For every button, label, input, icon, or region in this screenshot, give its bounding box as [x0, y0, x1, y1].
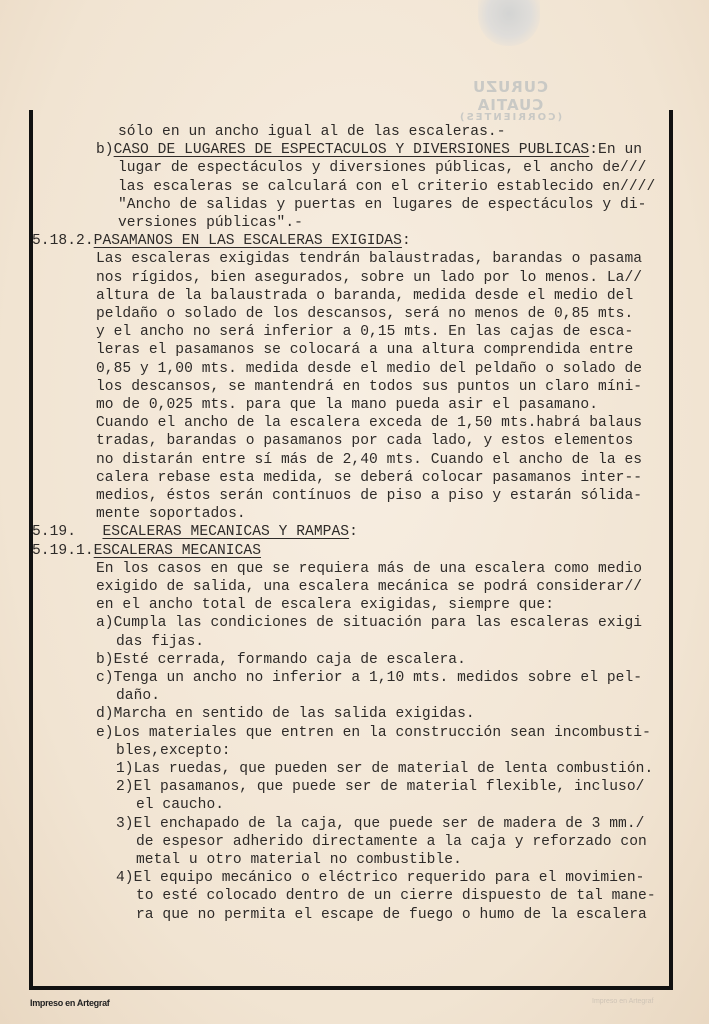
line-text: lugar de espectáculos y diversiones públ… [118, 160, 646, 176]
line-text: el caucho. [136, 797, 224, 813]
text-line: 2)El pasamanos, que puede ser de materia… [116, 778, 644, 796]
line-text: calera rebase esta medida, se deberá col… [96, 470, 642, 486]
line-text: sólo en un ancho igual al de las escaler… [118, 124, 506, 140]
text-line: "Ancho de salidas y puertas en lugares d… [118, 196, 646, 214]
text-line: Las escaleras exigidas tendrán balaustra… [96, 250, 642, 268]
line-text: :En un [589, 142, 642, 158]
text-line: to esté colocado dentro de un cierre dis… [136, 887, 656, 905]
text-line: 3)El enchapado de la caja, que puede ser… [116, 815, 644, 833]
line-text: : [402, 233, 411, 249]
text-line: 4)El equipo mecánico o eléctrico requeri… [116, 869, 644, 887]
line-text: das fijas. [116, 634, 204, 650]
section-heading-line: 5.19. ESCALERAS MECANICAS Y RAMPAS: [32, 523, 358, 541]
text-line: a)Cumpla las condiciones de situación pa… [96, 614, 642, 632]
text-line: altura de la balaustrada o baranda, medi… [96, 287, 633, 305]
line-text: 2)El pasamanos, que puede ser de materia… [116, 779, 644, 795]
text-line: exigido de salida, una escalera mecánica… [96, 578, 642, 596]
text-line: tradas, barandas o pasamanos por cada la… [96, 432, 633, 450]
text-line: mo de 0,025 mts. para que la mano pueda … [96, 396, 598, 414]
text-line: Cuando el ancho de la escalera exceda de… [96, 414, 642, 432]
line-text: 0,85 y 1,00 mts. medida desde el medio d… [96, 361, 642, 377]
section-heading-line: b)CASO DE LUGARES DE ESPECTACULOS Y DIVE… [96, 141, 642, 159]
line-text: tradas, barandas o pasamanos por cada la… [96, 433, 633, 449]
line-text: mente soportados. [96, 506, 246, 522]
line-text: exigido de salida, una escalera mecánica… [96, 579, 642, 595]
text-line: 0,85 y 1,00 mts. medida desde el medio d… [96, 360, 642, 378]
line-text: los descansos, se mantendrá en todos sus… [96, 379, 642, 395]
section-heading-line: 5.18.2.PASAMANOS EN LAS ESCALERAS EXIGID… [32, 232, 411, 250]
text-line: peldaño o solado de los descansos, será … [96, 305, 633, 323]
section-number: 5.19. [32, 524, 102, 540]
line-text: metal u otro material no combustible. [136, 852, 462, 868]
text-line: e)Los materiales que entren en la constr… [96, 724, 651, 742]
printer-credit-faded: Impreso en Artegraf [592, 998, 653, 1005]
line-text: versiones públicas".- [118, 215, 303, 231]
text-line: sólo en un ancho igual al de las escaler… [118, 123, 506, 141]
text-line: d)Marcha en sentido de las salida exigid… [96, 705, 475, 723]
document-page: CURUZU CUATIA (CORRIENTES) sólo en un an… [0, 0, 709, 1024]
line-text: leras el pasamanos se colocará a una alt… [96, 342, 633, 358]
text-line: el caucho. [136, 796, 224, 814]
text-line: metal u otro material no combustible. [136, 851, 462, 869]
text-line: en el ancho total de escalera exigidas, … [96, 596, 554, 614]
section-number: 5.19.1. [32, 543, 94, 559]
line-text: daño. [116, 688, 160, 704]
stamp-line-1: CURUZU CUATIA [440, 78, 580, 114]
line-text: Cuando el ancho de la escalera exceda de… [96, 415, 642, 431]
text-line: leras el pasamanos se colocará a una alt… [96, 341, 633, 359]
seal-emblem-icon [478, 0, 540, 46]
text-line: calera rebase esta medida, se deberá col… [96, 469, 642, 487]
line-text: d)Marcha en sentido de las salida exigid… [96, 706, 475, 722]
section-title: ESCALERAS MECANICAS [94, 543, 261, 559]
text-line: bles,excepto: [116, 742, 231, 760]
line-text: b)Esté cerrada, formando caja de escaler… [96, 652, 466, 668]
text-line: c)Tenga un ancho no inferior a 1,10 mts.… [96, 669, 642, 687]
line-text: e)Los materiales que entren en la constr… [96, 725, 651, 741]
text-line: nos rígidos, bien asegurados, sobre un l… [96, 269, 642, 287]
text-line: y el ancho no será inferior a 0,15 mts. … [96, 323, 633, 341]
printer-credit: Impreso en Artegraf [30, 998, 110, 1008]
section-number: 5.18.2. [32, 233, 94, 249]
line-text: las escaleras se calculará con el criter… [118, 179, 655, 195]
text-line: b)Esté cerrada, formando caja de escaler… [96, 651, 466, 669]
section-title: ESCALERAS MECANICAS Y RAMPAS [102, 524, 349, 540]
text-line: lugar de espectáculos y diversiones públ… [118, 159, 646, 177]
line-text: y el ancho no será inferior a 0,15 mts. … [96, 324, 633, 340]
line-text: 3)El enchapado de la caja, que puede ser… [116, 816, 644, 832]
text-line: das fijas. [116, 633, 204, 651]
line-text: 4)El equipo mecánico o eléctrico requeri… [116, 870, 644, 886]
text-line: las escaleras se calculará con el criter… [118, 178, 655, 196]
text-line: daño. [116, 687, 160, 705]
line-text: Las escaleras exigidas tendrán balaustra… [96, 251, 642, 267]
text-line: En los casos en que se requiera más de u… [96, 560, 642, 578]
section-heading-line: 5.19.1.ESCALERAS MECANICAS [32, 542, 261, 560]
line-text: ra que no permita el escape de fuego o h… [136, 907, 647, 923]
line-text: nos rígidos, bien asegurados, sobre un l… [96, 270, 642, 286]
line-text: : [349, 524, 358, 540]
line-text: no distarán entre sí más de 2,40 mts. Cu… [96, 452, 642, 468]
line-text: altura de la balaustrada o baranda, medi… [96, 288, 633, 304]
text-line: versiones públicas".- [118, 214, 303, 232]
line-text: en el ancho total de escalera exigidas, … [96, 597, 554, 613]
text-line: ra que no permita el escape de fuego o h… [136, 906, 647, 924]
section-title: CASO DE LUGARES DE ESPECTACULOS Y DIVERS… [114, 142, 590, 158]
text-line: no distarán entre sí más de 2,40 mts. Cu… [96, 451, 642, 469]
text-line: mente soportados. [96, 505, 246, 523]
line-text: mo de 0,025 mts. para que la mano pueda … [96, 397, 598, 413]
line-text: En los casos en que se requiera más de u… [96, 561, 642, 577]
line-text: c)Tenga un ancho no inferior a 1,10 mts.… [96, 670, 642, 686]
section-title: PASAMANOS EN LAS ESCALERAS EXIGIDAS [94, 233, 402, 249]
line-text: de espesor adherido directamente a la ca… [136, 834, 647, 850]
text-line: 1)Las ruedas, que pueden ser de material… [116, 760, 653, 778]
line-text: 1)Las ruedas, que pueden ser de material… [116, 761, 653, 777]
line-text: bles,excepto: [116, 743, 231, 759]
line-text: medios, éstos serán contínuos de piso a … [96, 488, 642, 504]
text-line: los descansos, se mantendrá en todos sus… [96, 378, 642, 396]
line-text: to esté colocado dentro de un cierre dis… [136, 888, 656, 904]
line-text: "Ancho de salidas y puertas en lugares d… [118, 197, 646, 213]
line-text: peldaño o solado de los descansos, será … [96, 306, 633, 322]
text-line: de espesor adherido directamente a la ca… [136, 833, 647, 851]
section-number: b) [96, 142, 114, 158]
line-text: a)Cumpla las condiciones de situación pa… [96, 615, 642, 631]
text-line: medios, éstos serán contínuos de piso a … [96, 487, 642, 505]
